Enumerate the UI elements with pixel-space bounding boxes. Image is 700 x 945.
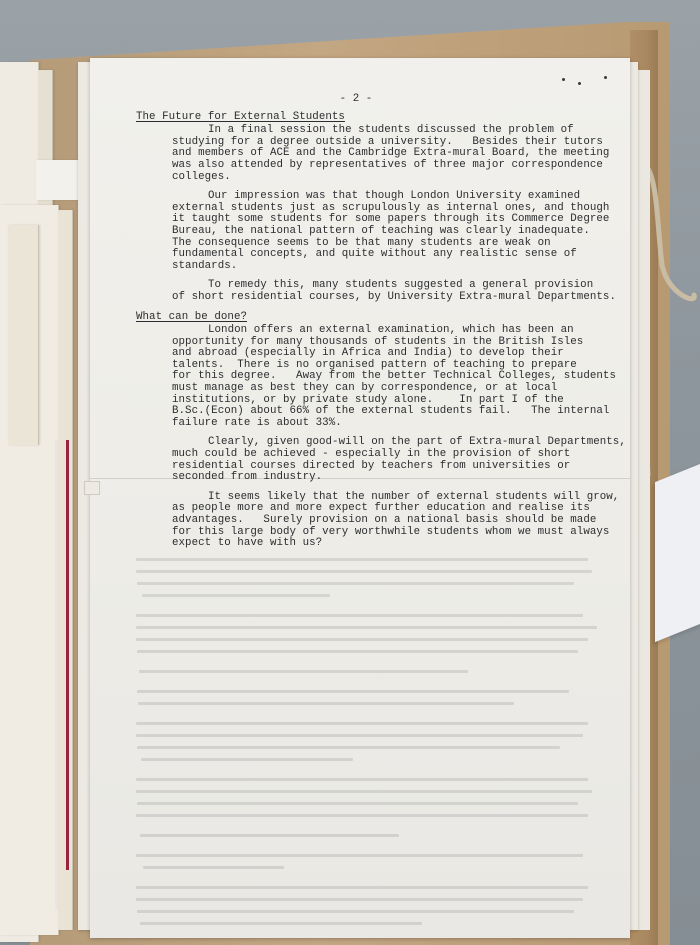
typed-document-page: - 2 - The Future for External Students I… (90, 58, 630, 938)
ghost-line (136, 898, 583, 901)
text-line: Bureau, the national pattern of teaching… (136, 226, 606, 238)
text-line: expect to have with us? (136, 538, 606, 550)
ghost-line (137, 650, 579, 653)
section-heading-future: The Future for External Students (136, 112, 606, 124)
paragraph: Our impression was that though London Un… (136, 191, 606, 272)
ghost-line (136, 606, 606, 614)
text-line: seconded from industry. (136, 472, 606, 484)
punch-mark (562, 78, 565, 81)
text-line: fundamental concepts, and quite without … (136, 249, 606, 261)
ghost-line (136, 778, 587, 781)
ghost-line (136, 790, 592, 793)
text-line: standards. (136, 261, 606, 273)
ghost-line (137, 690, 569, 693)
ghost-line (136, 826, 606, 834)
ghost-line (141, 758, 353, 761)
text-line: of short residential courses, by Univers… (136, 292, 606, 304)
punch-mark (604, 76, 607, 79)
page-fold-tab (84, 481, 100, 495)
ghost-line (136, 626, 597, 629)
ghost-line (138, 702, 514, 705)
ghost-line (136, 614, 583, 617)
text-line: failure rate is about 33%. (136, 418, 606, 430)
ghost-line (143, 866, 284, 869)
ghost-line (136, 854, 583, 857)
document-text: - 2 - The Future for External Students I… (136, 94, 606, 558)
text-line: London offers an external examination, w… (136, 325, 606, 337)
ghost-line (137, 582, 574, 585)
text-line: must manage as best they can by correspo… (136, 383, 606, 395)
ghost-line (140, 834, 399, 837)
paper-stack-sheet (8, 225, 39, 445)
paper-stack-sheet (36, 160, 83, 200)
paragraph: To remedy this, many students suggested … (136, 280, 606, 303)
ghost-line (137, 802, 579, 805)
ghost-line (136, 570, 592, 573)
ghost-line (136, 814, 587, 817)
text-line: advantages. Surely provision on a nation… (136, 515, 606, 527)
ghost-line (136, 878, 606, 886)
red-page-edge (66, 440, 69, 870)
page-number: - 2 - (106, 94, 606, 106)
ghost-line (137, 746, 560, 749)
text-line: colleges. (136, 172, 606, 184)
ghost-line (136, 682, 606, 690)
text-line: Our impression was that though London Un… (136, 191, 606, 203)
paragraph: London offers an external examination, w… (136, 325, 606, 429)
ghost-line (136, 734, 583, 737)
ghost-line (136, 846, 606, 854)
ghost-line (136, 558, 587, 561)
ghost-line (136, 714, 606, 722)
show-through-text (136, 558, 606, 938)
ghost-line (136, 638, 587, 641)
ghost-line (139, 670, 468, 673)
text-line: was also attended by representatives of … (136, 160, 606, 172)
paragraph: In a final session the students discusse… (136, 125, 606, 183)
section-heading-what-can-be-done: What can be done? (136, 312, 606, 324)
punch-mark (578, 82, 581, 85)
paragraph: It seems likely that the number of exter… (136, 492, 606, 550)
ghost-line (136, 722, 587, 725)
ghost-line (140, 922, 422, 925)
ghost-line (137, 910, 574, 913)
paragraph: Clearly, given good-will on the part of … (136, 437, 606, 483)
ghost-line (136, 770, 606, 778)
text-line: much could be achieved - especially in t… (136, 449, 606, 461)
ghost-line (136, 886, 587, 889)
ghost-line (142, 594, 330, 597)
loose-white-sheet (655, 458, 700, 642)
ghost-line (136, 662, 606, 670)
